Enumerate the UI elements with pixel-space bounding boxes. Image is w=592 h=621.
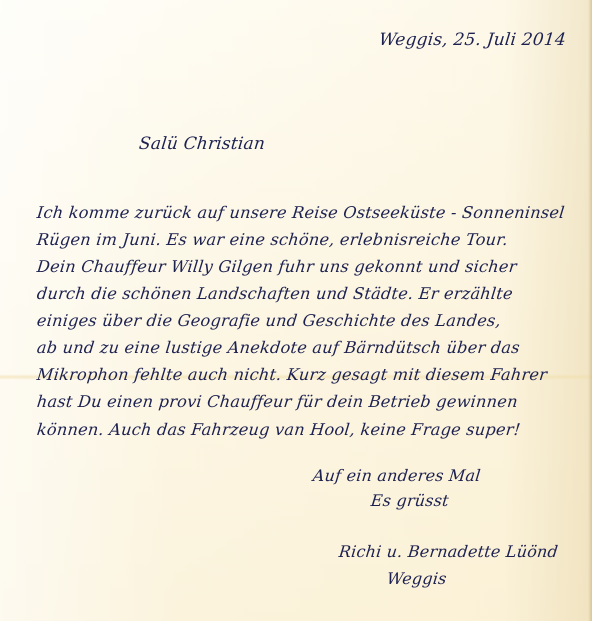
body-line: Rügen im Juni. Es war eine schöne, erleb… [36, 230, 509, 249]
body-line: Ich komme zurück auf unsere Reise Ostsee… [36, 203, 566, 222]
body-line: können. Auch das Fahrzeug van Hool, kein… [36, 420, 521, 439]
signature-names: Richi u. Bernadette Lüönd [338, 542, 559, 561]
body-line: Mikrophon fehlte auch nicht. Kurz gesagt… [36, 365, 548, 384]
place-and-date: Weggis, 25. Juli 2014 [378, 30, 567, 50]
body-line: einiges über die Geografie und Geschicht… [36, 311, 502, 330]
body-line: ab und zu eine lustige Anekdote auf Bärn… [36, 338, 521, 357]
closing-greeting: Es grüsst [370, 491, 450, 510]
letter-page: Weggis, 25. Juli 2014 Salü Christian Ich… [0, 0, 592, 621]
body-line: Dein Chauffeur Willy Gilgen fuhr uns gek… [36, 257, 518, 276]
signature-place: Weggis [386, 569, 448, 588]
paper-edge-shadow [588, 0, 592, 621]
body-line: durch die schönen Landschaften und Städt… [36, 284, 514, 303]
salutation: Salü Christian [138, 134, 266, 154]
closing-phrase: Auf ein anderes Mal [312, 466, 482, 485]
body-line: hast Du einen provi Chauffeur für dein B… [36, 392, 519, 411]
